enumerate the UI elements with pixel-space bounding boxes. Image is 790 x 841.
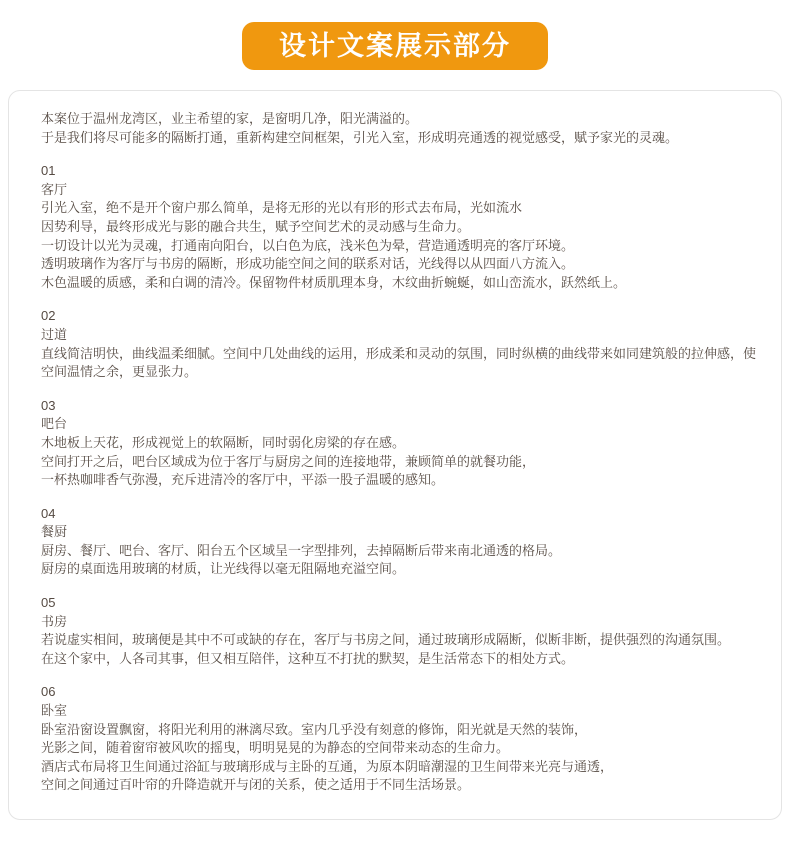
section-number: 02 [41, 307, 757, 326]
text-line: 木色温暖的质感，柔和白调的清冷。保留物件材质肌理本身，木纹曲折蜿蜒，如山峦流水，… [41, 274, 757, 293]
section-title: 吧台 [41, 415, 757, 434]
section-title: 过道 [41, 326, 757, 345]
section-header-banner: 设计文案展示部分 [242, 22, 548, 70]
text-line: 本案位于温州龙湾区，业主希望的家，是窗明几净，阳光满溢的。 [41, 110, 757, 129]
text-line: 一杯热咖啡香气弥漫，充斥进清冷的客厅中，平添一股子温暖的感知。 [41, 471, 757, 490]
text-line: 光影之间，随着窗帘被风吹的摇曳，明明晃晃的为静态的空间带来动态的生命力。 [41, 739, 757, 758]
text-line: 空间打开之后，吧台区域成为位于客厅与厨房之间的连接地带，兼顾简单的就餐功能， [41, 453, 757, 472]
intro-paragraph: 本案位于温州龙湾区，业主希望的家，是窗明几净，阳光满溢的。 于是我们将尽可能多的… [41, 110, 757, 147]
section-living-room: 01 客厅 引光入室，绝不是开个窗户那么简单，是将无形的光以有形的形式去布局，光… [41, 162, 757, 292]
text-line: 木地板上天花，形成视觉上的软隔断，同时弱化房梁的存在感。 [41, 434, 757, 453]
text-line: 卧室沿窗设置飘窗，将阳光利用的淋漓尽致。室内几乎没有刻意的修饰，阳光就是天然的装… [41, 721, 757, 740]
section-bar: 03 吧台 木地板上天花，形成视觉上的软隔断，同时弱化房梁的存在感。 空间打开之… [41, 397, 757, 490]
text-line: 空间之间通过百叶帘的升降造就开与闭的关系，使之适用于不同生活场景。 [41, 776, 757, 795]
text-line: 因势利导，最终形成光与影的融合共生，赋予空间艺术的灵动感与生命力。 [41, 218, 757, 237]
text-line: 厨房、餐厅、吧台、客厅、阳台五个区域呈一字型排列，去掉隔断后带来南北通透的格局。 [41, 542, 757, 561]
section-title: 书房 [41, 613, 757, 632]
section-number: 04 [41, 505, 757, 524]
text-line: 厨房的桌面选用玻璃的材质，让光线得以毫无阻隔地充溢空间。 [41, 560, 757, 579]
text-line: 于是我们将尽可能多的隔断打通，重新构建空间框架，引光入室，形成明亮通透的视觉感受… [41, 129, 757, 148]
section-hallway: 02 过道 直线简洁明快，曲线温柔细腻。空间中几处曲线的运用，形成柔和灵动的氛围… [41, 307, 757, 381]
page-title: 设计文案展示部分 [279, 32, 511, 60]
section-title: 客厅 [41, 181, 757, 200]
text-line: 在这个家中，人各司其事，但又相互陪伴，这种互不打扰的默契，是生活常态下的相处方式… [41, 650, 757, 669]
section-bedroom: 06 卧室 卧室沿窗设置飘窗，将阳光利用的淋漓尽致。室内几乎没有刻意的修饰，阳光… [41, 683, 757, 795]
section-study: 05 书房 若说虚实相间，玻璃便是其中不可或缺的存在，客厅与书房之间，通过玻璃形… [41, 594, 757, 668]
section-number: 05 [41, 594, 757, 613]
text-line: 一切设计以光为灵魂，打通南向阳台，以白色为底，浅米色为晕，营造通透明亮的客厅环境… [41, 237, 757, 256]
section-title: 卧室 [41, 702, 757, 721]
design-copy: 本案位于温州龙湾区，业主希望的家，是窗明几净，阳光满溢的。 于是我们将尽可能多的… [41, 110, 757, 795]
text-line: 直线简洁明快，曲线温柔细腻。空间中几处曲线的运用，形成柔和灵动的氛围，同时纵横的… [41, 345, 757, 382]
copy-card: 本案位于温州龙湾区，业主希望的家，是窗明几净，阳光满溢的。 于是我们将尽可能多的… [8, 90, 782, 820]
text-line: 若说虚实相间，玻璃便是其中不可或缺的存在，客厅与书房之间，通过玻璃形成隔断，似断… [41, 631, 757, 650]
section-number: 03 [41, 397, 757, 416]
text-line: 引光入室，绝不是开个窗户那么简单，是将无形的光以有形的形式去布局，光如流水 [41, 199, 757, 218]
text-line: 酒店式布局将卫生间通过浴缸与玻璃形成与主卧的互通，为原本阴暗潮湿的卫生间带来光亮… [41, 758, 757, 777]
section-dining-kitchen: 04 餐厨 厨房、餐厅、吧台、客厅、阳台五个区域呈一字型排列，去掉隔断后带来南北… [41, 505, 757, 579]
section-number: 06 [41, 683, 757, 702]
text-line: 透明玻璃作为客厅与书房的隔断，形成功能空间之间的联系对话，光线得以从四面八方流入… [41, 255, 757, 274]
section-title: 餐厨 [41, 523, 757, 542]
section-number: 01 [41, 162, 757, 181]
